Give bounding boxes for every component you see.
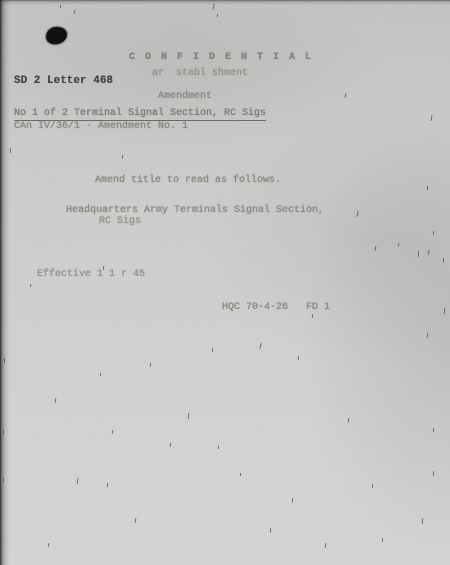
amendment-heading: Amendment bbox=[158, 91, 212, 102]
new-title-line2: RC Sigs bbox=[99, 216, 141, 227]
scan-speck bbox=[347, 418, 350, 423]
can-ref-line: CAn IV/36/1 - Amendment No. 1 bbox=[14, 121, 188, 132]
scan-speck bbox=[135, 518, 137, 523]
scan-speck bbox=[298, 356, 300, 360]
classification-header: C O N F I D E N T I A L bbox=[129, 52, 313, 63]
scan-speck bbox=[212, 348, 214, 352]
scan-speck bbox=[344, 93, 347, 98]
scan-speck bbox=[418, 251, 420, 257]
scan-speck bbox=[48, 543, 50, 547]
scan-speck bbox=[212, 4, 215, 10]
scan-speck bbox=[397, 243, 399, 247]
scan-speck bbox=[217, 14, 218, 17]
scan-speck bbox=[107, 483, 109, 487]
scan-speck bbox=[433, 471, 435, 476]
unit-title-line: No 1 of 2 Terminal Signal Section, RC Si… bbox=[14, 108, 266, 121]
scan-speck bbox=[77, 478, 79, 484]
scan-speck bbox=[291, 498, 294, 503]
scan-speck bbox=[100, 373, 101, 376]
scan-speck bbox=[427, 333, 429, 338]
scan-speck bbox=[170, 443, 172, 447]
scan-speck bbox=[325, 543, 327, 548]
war-establishment-line: ar stabl shment bbox=[152, 68, 248, 79]
scan-speck bbox=[150, 363, 152, 367]
scan-speck bbox=[433, 231, 435, 235]
scan-speck bbox=[259, 343, 262, 349]
scan-speck bbox=[240, 473, 241, 476]
scan-speck bbox=[122, 155, 124, 159]
scan-speck bbox=[444, 308, 446, 314]
letter-ref-number: SD 2 Letter 468 bbox=[14, 76, 113, 87]
scan-speck bbox=[30, 284, 32, 287]
scan-speck bbox=[270, 528, 272, 533]
effective-date-line: Effective 1 1 r 45 bbox=[37, 269, 145, 280]
scan-speck bbox=[218, 446, 219, 449]
scan-speck bbox=[372, 484, 374, 488]
scan-speck bbox=[10, 148, 12, 153]
scan-speck bbox=[3, 430, 5, 434]
scan-speck bbox=[431, 115, 433, 121]
scan-speck bbox=[73, 10, 76, 14]
scan-speck bbox=[433, 428, 435, 432]
scan-speck bbox=[356, 211, 359, 217]
scan-speck bbox=[112, 430, 114, 434]
ink-blot bbox=[44, 25, 68, 46]
scan-speck bbox=[422, 518, 424, 524]
scan-speck bbox=[312, 314, 314, 318]
scan-speck bbox=[3, 478, 4, 482]
scan-speck bbox=[4, 358, 5, 363]
instruction-line: Amend title to read as follows. bbox=[95, 175, 281, 186]
new-title-line1: Headquarters Army Terminals Signal Secti… bbox=[66, 205, 324, 216]
scan-speck bbox=[60, 5, 61, 8]
scan-speck bbox=[188, 413, 190, 419]
scan-speck bbox=[375, 246, 377, 251]
document-page: C O N F I D E N T I A L ar stabl shment … bbox=[0, 0, 450, 565]
scan-speck bbox=[55, 398, 57, 403]
scan-speck bbox=[382, 538, 384, 542]
scan-speck bbox=[427, 250, 430, 255]
file-reference: HQC 70-4-26 FD 1 bbox=[222, 302, 330, 313]
scan-speck bbox=[427, 186, 429, 190]
scan-speck bbox=[443, 258, 444, 263]
